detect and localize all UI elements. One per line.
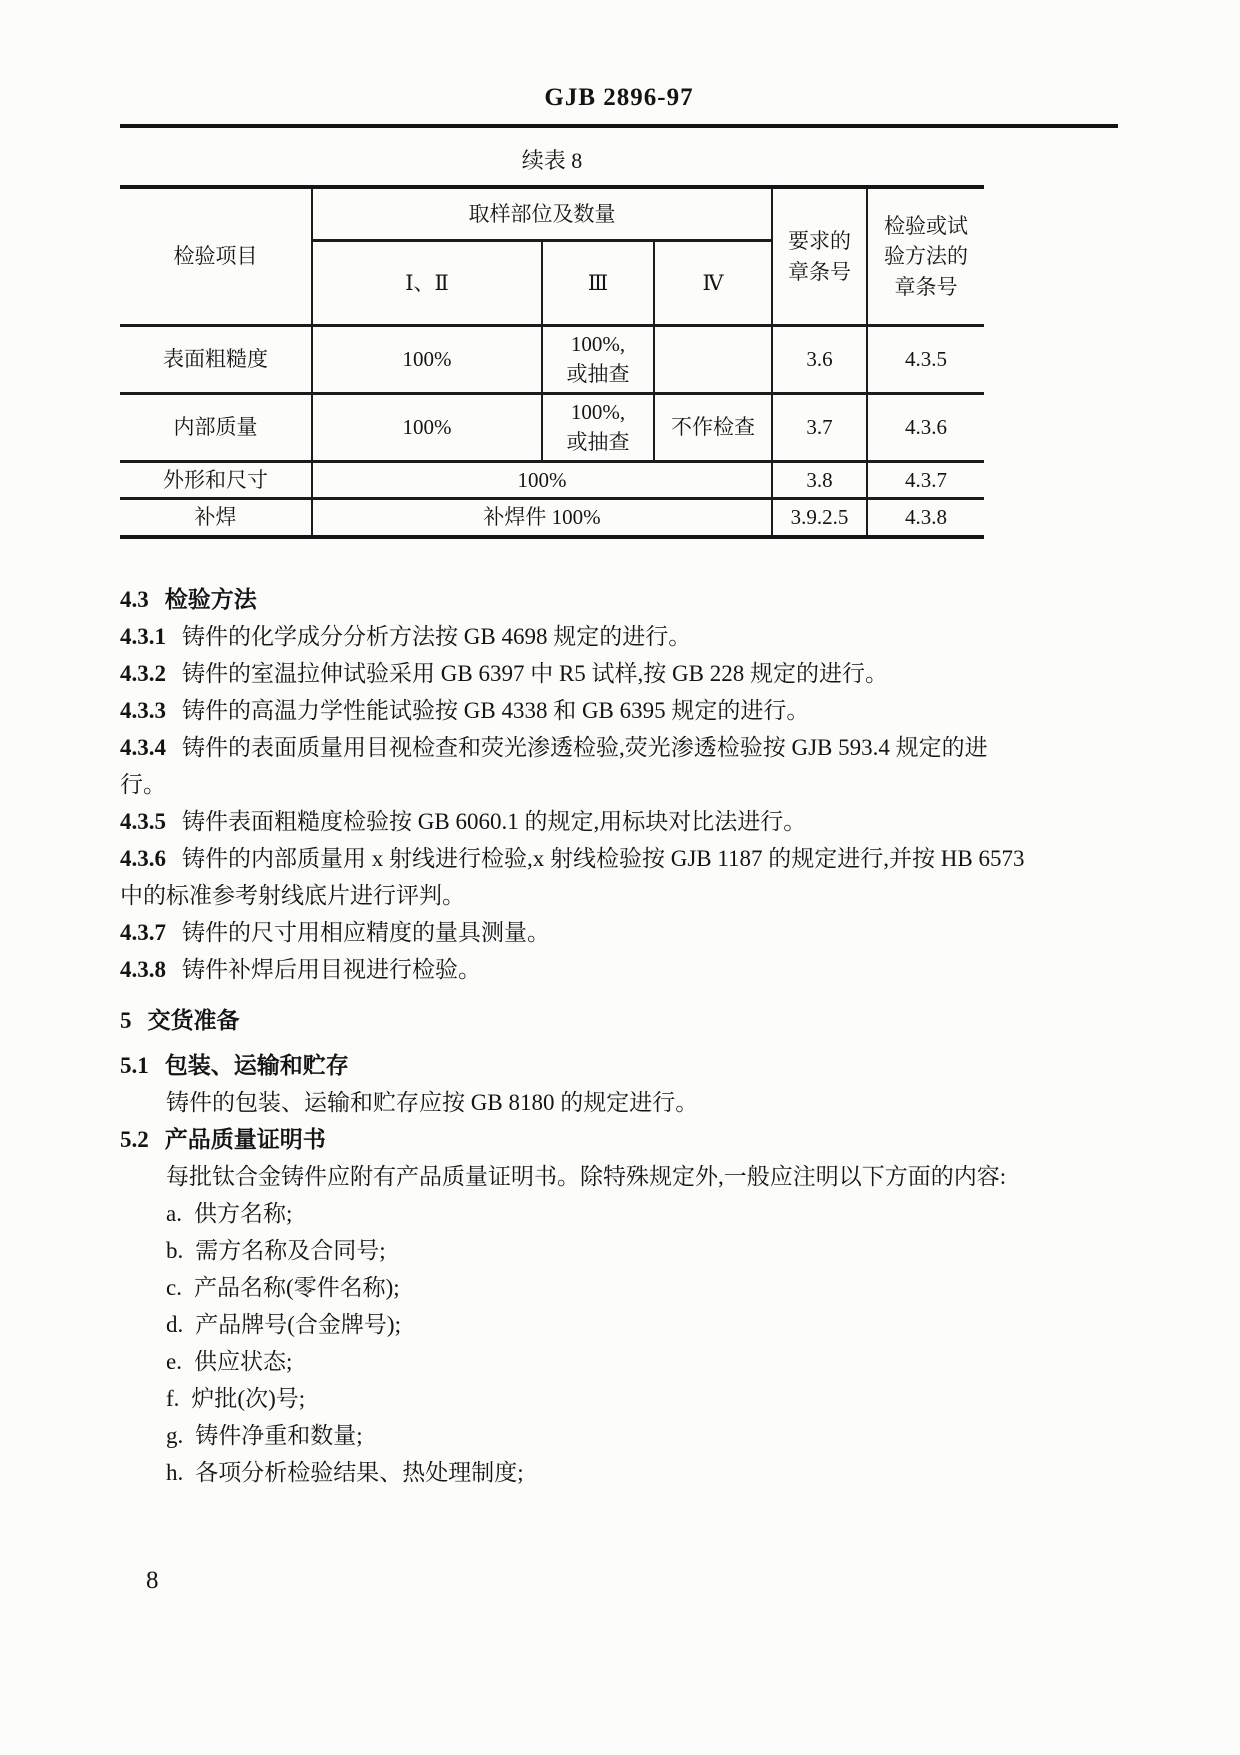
list-item-g: g.铸件净重和数量; <box>166 1417 1118 1454</box>
cell-method: 4.3.7 <box>867 461 984 498</box>
cell-zone-3: 100%, 或抽查 <box>542 393 654 461</box>
cell-requirement: 3.9.2.5 <box>772 499 867 537</box>
clause-text: 铸件的尺寸用相应精度的量具测量。 <box>182 920 550 945</box>
clause-4-3-6: 4.3.6铸件的内部质量用 x 射线进行检验,x 射线检验按 GJB 1187 … <box>120 840 1028 914</box>
clause-4-3-1: 4.3.1铸件的化学成分分析方法按 GB 4698 规定的进行。 <box>120 618 1028 655</box>
cell-item: 内部质量 <box>120 393 312 461</box>
list-text: 炉批(次)号; <box>191 1386 305 1411</box>
cell-zone-3: 100%, 或抽查 <box>542 326 654 394</box>
list-item-c: c.产品名称(零件名称); <box>166 1269 1118 1306</box>
col-header-requirement: 要求的 章条号 <box>772 187 867 326</box>
list-text: 产品牌号(合金牌号); <box>195 1312 401 1337</box>
list-letter: d. <box>166 1312 183 1337</box>
table-caption: 续表 8 <box>120 144 984 175</box>
clause-number: 4.3.4 <box>120 735 166 760</box>
clause-text: 铸件表面粗糙度检验按 GB 6060.1 的规定,用标块对比法进行。 <box>182 809 806 834</box>
list-letter: a. <box>166 1201 182 1226</box>
clause-text: 铸件的室温拉伸试验采用 GB 6397 中 R5 试样,按 GB 228 规定的… <box>182 661 888 686</box>
section-5-heading: 5交货准备 <box>120 1002 1118 1039</box>
section-title: 包装、运输和贮存 <box>165 1053 349 1078</box>
clause-text: 铸件补焊后用目视进行检验。 <box>182 957 481 982</box>
section-title: 检验方法 <box>165 587 257 612</box>
list-letter: b. <box>166 1238 183 1263</box>
clause-number: 4.3.5 <box>120 809 166 834</box>
page-number: 8 <box>146 1567 1118 1595</box>
table-row: 补焊 补焊件 100% 3.9.2.5 4.3.8 <box>120 499 984 537</box>
cell-method: 4.3.8 <box>867 499 984 537</box>
list-letter: f. <box>166 1386 179 1411</box>
clause-4-3-2: 4.3.2铸件的室温拉伸试验采用 GB 6397 中 R5 试样,按 GB 22… <box>120 655 1028 692</box>
list-item-f: f.炉批(次)号; <box>166 1380 1118 1417</box>
clause-number: 4.3.3 <box>120 698 166 723</box>
clause-number: 4.3.1 <box>120 624 166 649</box>
section-title: 交货准备 <box>148 1008 240 1033</box>
col-header-zone-4: Ⅳ <box>654 241 772 326</box>
continued-table-8: 检验项目 取样部位及数量 要求的 章条号 检验或试 验方法的 章条号 Ⅰ、Ⅱ Ⅲ… <box>120 185 984 539</box>
cell-zone-1-2: 100% <box>312 393 542 461</box>
clause-number: 4.3.6 <box>120 846 166 871</box>
col-header-zone-3: Ⅲ <box>542 241 654 326</box>
clause-text: 铸件的内部质量用 x 射线进行检验,x 射线检验按 GJB 1187 的规定进行… <box>120 846 1025 908</box>
table-row: 内部质量 100% 100%, 或抽查 不作检查 3.7 4.3.6 <box>120 393 984 461</box>
list-text: 需方名称及合同号; <box>195 1238 385 1263</box>
list-text: 供方名称; <box>194 1201 292 1226</box>
section-title: 产品质量证明书 <box>165 1127 326 1152</box>
section-4-3-heading: 4.3检验方法 <box>120 581 1118 618</box>
section-number: 5 <box>120 1008 132 1033</box>
list-text: 供应状态; <box>194 1349 292 1374</box>
cell-item: 补焊 <box>120 499 312 537</box>
cell-requirement: 3.6 <box>772 326 867 394</box>
list-letter: c. <box>166 1275 182 1300</box>
doc-number: GJB 2896-97 <box>120 84 1118 112</box>
cell-item: 外形和尺寸 <box>120 461 312 498</box>
cell-method: 4.3.6 <box>867 393 984 461</box>
list-text: 各项分析检验结果、热处理制度; <box>195 1460 523 1485</box>
section-number: 5.1 <box>120 1053 149 1078</box>
clause-4-3-4: 4.3.4铸件的表面质量用目视检查和荧光渗透检验,荧光渗透检验按 GJB 593… <box>120 729 1028 803</box>
header-rule <box>120 124 1118 128</box>
clause-4-3-5: 4.3.5铸件表面粗糙度检验按 GB 6060.1 的规定,用标块对比法进行。 <box>120 803 1028 840</box>
table-header-row-1: 检验项目 取样部位及数量 要求的 章条号 检验或试 验方法的 章条号 <box>120 187 984 241</box>
cell-zone-1-2: 100% <box>312 326 542 394</box>
cell-requirement: 3.7 <box>772 393 867 461</box>
clause-number: 4.3.8 <box>120 957 166 982</box>
body-text: 4.3检验方法 4.3.1铸件的化学成分分析方法按 GB 4698 规定的进行。… <box>120 581 1118 1491</box>
section-number: 4.3 <box>120 587 149 612</box>
cell-method: 4.3.5 <box>867 326 984 394</box>
section-5-1-body: 铸件的包装、运输和贮存应按 GB 8180 的规定进行。 <box>166 1084 1118 1121</box>
cell-zone-4 <box>654 326 772 394</box>
clause-4-3-3: 4.3.3铸件的高温力学性能试验按 GB 4338 和 GB 6395 规定的进… <box>120 692 1028 729</box>
list-letter: g. <box>166 1423 183 1448</box>
clause-number: 4.3.7 <box>120 920 166 945</box>
section-number: 5.2 <box>120 1127 149 1152</box>
col-header-item: 检验项目 <box>120 187 312 326</box>
list-text: 铸件净重和数量; <box>195 1423 362 1448</box>
clause-4-3-7: 4.3.7铸件的尺寸用相应精度的量具测量。 <box>120 914 1028 951</box>
cell-requirement: 3.8 <box>772 461 867 498</box>
cell-zone-merged: 100% <box>312 461 772 498</box>
clause-number: 4.3.2 <box>120 661 166 686</box>
list-item-a: a.供方名称; <box>166 1195 1118 1232</box>
clause-4-3-8: 4.3.8铸件补焊后用目视进行检验。 <box>120 951 1028 988</box>
col-header-sampling-group: 取样部位及数量 <box>312 187 772 241</box>
list-letter: h. <box>166 1460 183 1485</box>
section-5-1-heading: 5.1包装、运输和贮存 <box>120 1047 1118 1084</box>
clause-text: 铸件的高温力学性能试验按 GB 4338 和 GB 6395 规定的进行。 <box>182 698 809 723</box>
cell-zone-merged: 补焊件 100% <box>312 499 772 537</box>
document-page: GJB 2896-97 续表 8 检验项目 取样部位及数量 要求的 章条号 检验… <box>0 0 1240 1755</box>
list-item-b: b.需方名称及合同号; <box>166 1232 1118 1269</box>
list-item-h: h.各项分析检验结果、热处理制度; <box>166 1454 1118 1491</box>
col-header-method: 检验或试 验方法的 章条号 <box>867 187 984 326</box>
list-letter: e. <box>166 1349 182 1374</box>
cell-zone-4: 不作检查 <box>654 393 772 461</box>
list-text: 产品名称(零件名称); <box>194 1275 400 1300</box>
clause-text: 铸件的化学成分分析方法按 GB 4698 规定的进行。 <box>182 624 691 649</box>
table-row: 外形和尺寸 100% 3.8 4.3.7 <box>120 461 984 498</box>
list-item-d: d.产品牌号(合金牌号); <box>166 1306 1118 1343</box>
table-row: 表面粗糙度 100% 100%, 或抽查 3.6 4.3.5 <box>120 326 984 394</box>
list-item-e: e.供应状态; <box>166 1343 1118 1380</box>
section-5-2-heading: 5.2产品质量证明书 <box>120 1121 1118 1158</box>
col-header-zone-1-2: Ⅰ、Ⅱ <box>312 241 542 326</box>
clause-text: 铸件的表面质量用目视检查和荧光渗透检验,荧光渗透检验按 GJB 593.4 规定… <box>120 735 988 797</box>
section-5-2-body: 每批钛合金铸件应附有产品质量证明书。除特殊规定外,一般应注明以下方面的内容: <box>166 1158 1118 1195</box>
cell-item: 表面粗糙度 <box>120 326 312 394</box>
